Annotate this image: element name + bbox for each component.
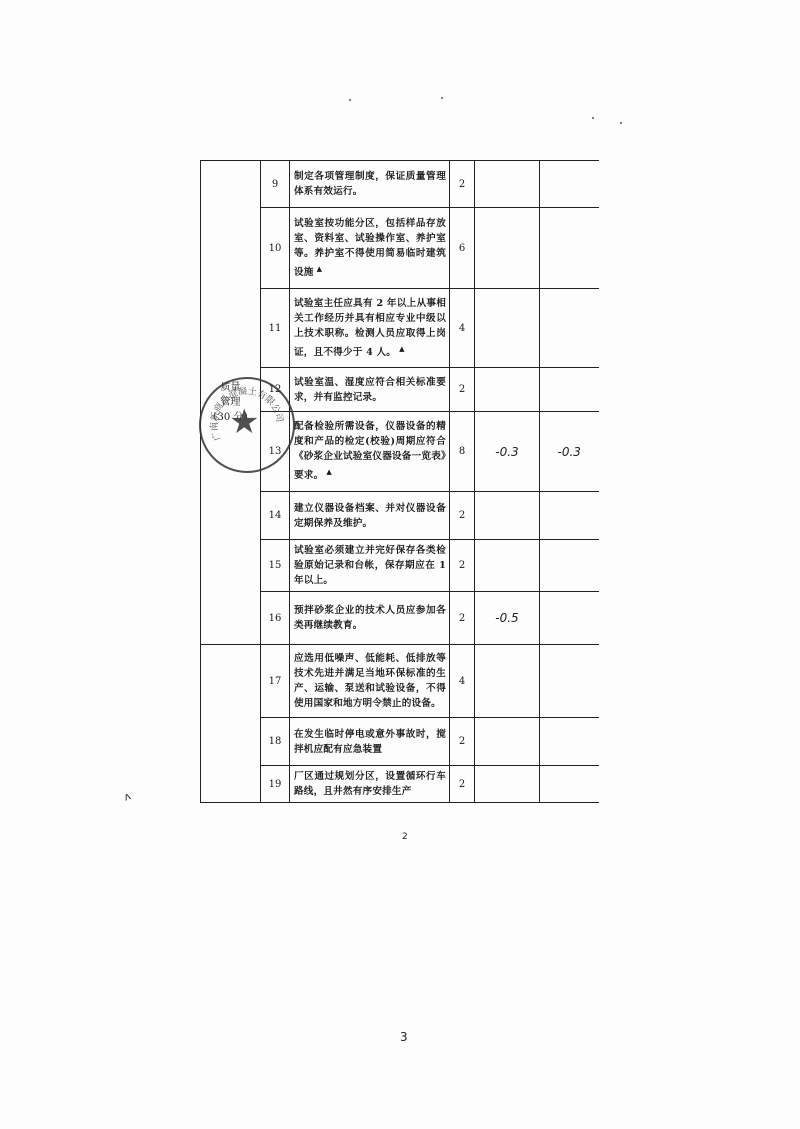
item-requirement: 试验室按功能分区，包括样品存放室、资料室、试验操作室、养护室等。养护室不得使用简…: [290, 208, 450, 289]
deduction-cell-2: [540, 161, 599, 208]
key-item-triangle-icon: ▲: [317, 264, 323, 273]
deduction-cell-1: [475, 540, 540, 592]
item-score: 4: [450, 645, 475, 718]
deduction-cell-1: [475, 766, 540, 803]
item-number: 17: [261, 645, 290, 718]
item-number: 15: [261, 540, 290, 592]
deduction-cell-1: [475, 492, 540, 540]
table-row: 19厂区通过规划分区，设置循环行车路线，且井然有序安排生产2: [201, 766, 599, 803]
deduction-cell-2: [540, 766, 599, 803]
requirement-text: 试验室主任应具有 2 年以上从事相关工作经历并具有相应专业中级以上技术职称。检测…: [294, 298, 446, 358]
key-item-triangle-icon: ▲: [399, 344, 405, 353]
item-requirement: 试验室温、湿度应符合相关标准要求，并有监控记录。: [290, 368, 450, 412]
item-score: 2: [450, 540, 475, 592]
requirement-text: 建立仪器设备档案、并对仪器设备定期保养及维护。: [294, 503, 446, 529]
item-requirement: 配备检验所需设备，仪器设备的精度和产品的检定(校验)周期应符合《砂浆企业试验室仪…: [290, 412, 450, 492]
table-row: 质量管理（30 分）9制定各项管理制度，保证质量管理体系有效运行。2: [201, 161, 599, 208]
requirement-text: 配备检验所需设备，仪器设备的精度和产品的检定(校验)周期应符合《砂浆企业试验室仪…: [294, 421, 446, 481]
item-number: 11: [261, 289, 290, 368]
star-icon: ★: [229, 405, 259, 439]
item-number: 14: [261, 492, 290, 540]
deduction-cell-2: [540, 492, 599, 540]
item-score: 8: [450, 412, 475, 492]
inner-page-number: 2: [402, 832, 408, 842]
item-number: 9: [261, 161, 290, 208]
requirement-text: 试验室必须建立并完好保存各类检验原始记录和台帐，保存期应在 1 年以上。: [294, 545, 446, 586]
deduction-cell-1: [475, 645, 540, 718]
item-number: 18: [261, 718, 290, 766]
item-score: 4: [450, 289, 475, 368]
requirement-text: 在发生临时停电或意外事故时，搅拌机应配有应急装置: [294, 729, 446, 755]
requirement-text: 制定各项管理制度，保证质量管理体系有效运行。: [294, 171, 446, 197]
item-requirement: 制定各项管理制度，保证质量管理体系有效运行。: [290, 161, 450, 208]
deduction-cell-2: [540, 368, 599, 412]
deduction-cell-2: [540, 289, 599, 368]
item-requirement: 建立仪器设备档案、并对仪器设备定期保养及维护。: [290, 492, 450, 540]
item-requirement: 应选用低噪声、低能耗、低排放等技术先进并满足当地环保标准的生产、运输、泵送和试验…: [290, 645, 450, 718]
item-score: 2: [450, 766, 475, 803]
deduction-cell-2: [540, 718, 599, 766]
company-seal: 广南新商品混凝土有限公司 ★: [199, 377, 295, 473]
deduction-cell-1: [475, 208, 540, 289]
category-cell-next: [201, 645, 261, 803]
table-row: 14建立仪器设备档案、并对仪器设备定期保养及维护。2: [201, 492, 599, 540]
deduction-cell-1: -0.3: [475, 412, 540, 492]
deduction-cell-1: [475, 368, 540, 412]
item-requirement: 厂区通过规划分区，设置循环行车路线，且井然有序安排生产: [290, 766, 450, 803]
requirement-text: 厂区通过规划分区，设置循环行车路线，且井然有序安排生产: [294, 771, 446, 797]
table-row: 16预拌砂浆企业的技术人员应参加各类再继续教育。2-0.5: [201, 592, 599, 645]
deduction-cell-1: [475, 718, 540, 766]
deduction-cell-2: -0.3: [540, 412, 599, 492]
deduction-cell-1: [475, 289, 540, 368]
item-requirement: 试验室必须建立并完好保存各类检验原始记录和台帐，保存期应在 1 年以上。: [290, 540, 450, 592]
item-score: 2: [450, 592, 475, 645]
item-score: 2: [450, 368, 475, 412]
item-number: 16: [261, 592, 290, 645]
requirement-text: 应选用低噪声、低能耗、低排放等技术先进并满足当地环保标准的生产、运输、泵送和试验…: [294, 653, 446, 709]
deduction-cell-2: [540, 645, 599, 718]
table-row: 17应选用低噪声、低能耗、低排放等技术先进并满足当地环保标准的生产、运输、泵送和…: [201, 645, 599, 718]
deduction-cell-2: [540, 592, 599, 645]
pen-mark: ʌ: [122, 789, 133, 803]
deduction-cell-2: [540, 208, 599, 289]
deduction-cell-1: -0.5: [475, 592, 540, 645]
assessment-table: 质量管理（30 分）9制定各项管理制度，保证质量管理体系有效运行。210试验室按…: [200, 160, 599, 803]
outer-page-number: 3: [400, 1030, 408, 1044]
item-score: 2: [450, 718, 475, 766]
table-row: 15试验室必须建立并完好保存各类检验原始记录和台帐，保存期应在 1 年以上。2: [201, 540, 599, 592]
item-requirement: 预拌砂浆企业的技术人员应参加各类再继续教育。: [290, 592, 450, 645]
scanned-page: 质量管理（30 分）9制定各项管理制度，保证质量管理体系有效运行。210试验室按…: [0, 0, 800, 1129]
item-number: 19: [261, 766, 290, 803]
item-score: 6: [450, 208, 475, 289]
table-row: 18在发生临时停电或意外事故时，搅拌机应配有应急装置2: [201, 718, 599, 766]
item-number: 10: [261, 208, 290, 289]
item-score: 2: [450, 161, 475, 208]
table-row: 11试验室主任应具有 2 年以上从事相关工作经历并具有相应专业中级以上技术职称。…: [201, 289, 599, 368]
item-requirement: 试验室主任应具有 2 年以上从事相关工作经历并具有相应专业中级以上技术职称。检测…: [290, 289, 450, 368]
requirement-text: 试验室温、湿度应符合相关标准要求，并有监控记录。: [294, 377, 446, 403]
requirement-text: 预拌砂浆企业的技术人员应参加各类再继续教育。: [294, 605, 446, 631]
item-requirement: 在发生临时停电或意外事故时，搅拌机应配有应急装置: [290, 718, 450, 766]
deduction-cell-1: [475, 161, 540, 208]
key-item-triangle-icon: ▲: [326, 467, 332, 476]
item-score: 2: [450, 492, 475, 540]
table-row: 10试验室按功能分区，包括样品存放室、资料室、试验操作室、养护室等。养护室不得使…: [201, 208, 599, 289]
deduction-cell-2: [540, 540, 599, 592]
